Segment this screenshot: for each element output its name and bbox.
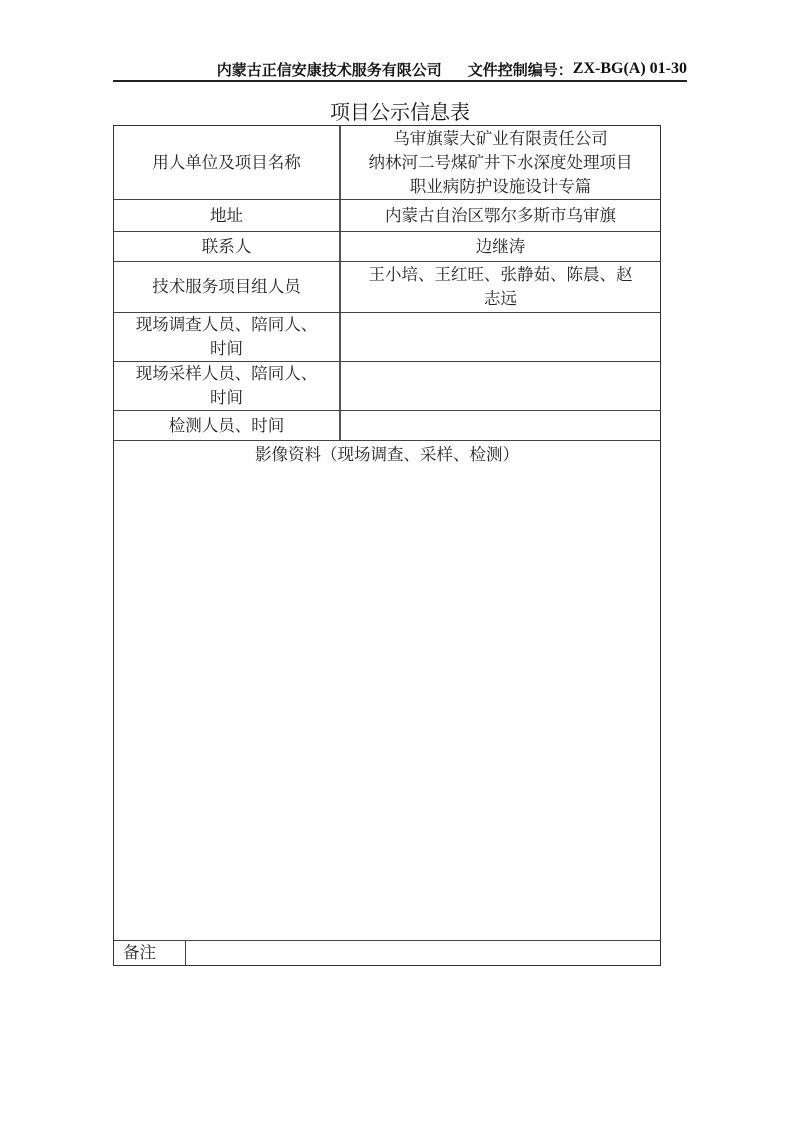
address-label: 地址: [114, 200, 341, 231]
project-name-line-2: 纳林河二号煤矿井下水深度处理项目: [369, 151, 633, 175]
project-name-line-3: 职业病防护设施设计专篇: [410, 175, 592, 199]
testing-value: [341, 411, 660, 440]
testing-label: 检测人员、时间: [114, 411, 341, 440]
survey-label-line-2: 时间: [210, 337, 243, 361]
document-title: 项目公示信息表: [0, 96, 800, 125]
remark-value: [186, 941, 660, 965]
survey-label-line-1: 现场调查人员、陪同人、: [136, 313, 318, 337]
table-row-survey: 现场调查人员、陪同人、 时间: [114, 312, 660, 361]
control-number-value: ZX-BG(A) 01-30: [573, 60, 687, 78]
team-line-2: 志远: [484, 287, 517, 311]
project-name-label: 用人单位及项目名称: [114, 126, 341, 199]
media-caption: 影像资料（现场调查、采样、检测）: [114, 441, 660, 467]
table-row-sampling: 现场采样人员、陪同人、 时间: [114, 361, 660, 410]
project-name-value: 乌审旗蒙大矿业有限责任公司 纳林河二号煤矿井下水深度处理项目 职业病防护设施设计…: [341, 126, 660, 199]
page-header: 内蒙古正信安康技术服务有限公司 文件控制编号： ZX-BG(A) 01-30: [113, 58, 687, 82]
table-row-testing: 检测人员、时间: [114, 410, 660, 440]
address-value: 内蒙古自治区鄂尔多斯市乌审旗: [341, 200, 660, 231]
remark-label: 备注: [114, 941, 186, 965]
sampling-label-line-1: 现场采样人员、陪同人、: [136, 362, 318, 386]
team-label: 技术服务项目组人员: [114, 262, 341, 312]
table-row-contact: 联系人 边继涛: [114, 231, 660, 261]
project-name-line-1: 乌审旗蒙大矿业有限责任公司: [393, 127, 608, 151]
project-info-table: 用人单位及项目名称 乌审旗蒙大矿业有限责任公司 纳林河二号煤矿井下水深度处理项目…: [113, 125, 661, 966]
contact-value: 边继涛: [341, 232, 660, 261]
sampling-label: 现场采样人员、陪同人、 时间: [114, 362, 341, 410]
table-row-address: 地址 内蒙古自治区鄂尔多斯市乌审旗: [114, 199, 660, 231]
team-value: 王小培、王红旺、张静茹、陈晨、赵 志远: [341, 262, 660, 312]
table-row-project-name: 用人单位及项目名称 乌审旗蒙大矿业有限责任公司 纳林河二号煤矿井下水深度处理项目…: [114, 126, 660, 199]
survey-label: 现场调查人员、陪同人、 时间: [114, 313, 341, 361]
contact-label: 联系人: [114, 232, 341, 261]
control-number-label: 文件控制编号：: [468, 59, 573, 80]
survey-value: [341, 313, 660, 361]
address-text: 内蒙古自治区鄂尔多斯市乌审旗: [385, 204, 616, 228]
sampling-label-line-2: 时间: [210, 386, 243, 410]
company-name: 内蒙古正信安康技术服务有限公司: [217, 59, 442, 80]
sampling-value: [341, 362, 660, 410]
table-row-team: 技术服务项目组人员 王小培、王红旺、张静茹、陈晨、赵 志远: [114, 261, 660, 312]
table-row-media: 影像资料（现场调查、采样、检测）: [114, 440, 660, 940]
contact-name: 边继涛: [476, 235, 526, 259]
table-row-remark: 备注: [114, 940, 660, 965]
team-line-1: 王小培、王红旺、张静茹、陈晨、赵: [369, 263, 633, 287]
